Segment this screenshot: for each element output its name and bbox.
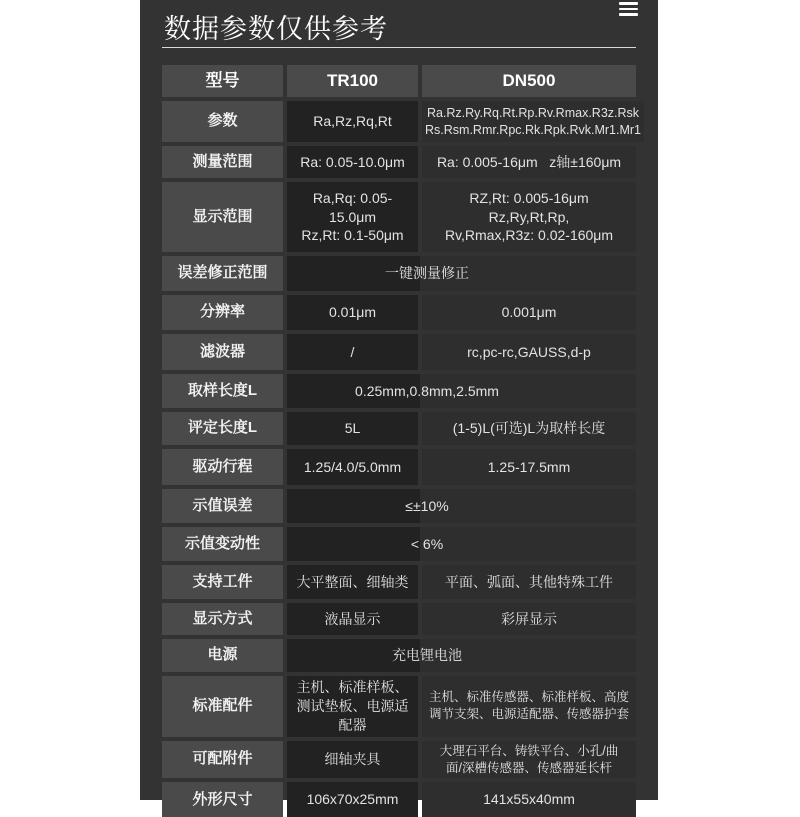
dn500-cell: rc,pc-rc,GAUSS,d-p: [422, 334, 636, 370]
tr100-cell: 0.01μm: [287, 295, 418, 330]
row-label-cell: 驱动行程: [162, 449, 283, 485]
dn500-cell: 平面、弧面、其他特殊工件: [422, 565, 636, 599]
dn500-cell: 1.25-17.5mm: [422, 449, 636, 485]
row-label-cell: 分辨率: [162, 295, 283, 330]
table-row: 误差修正范围 一键测量修正: [162, 256, 636, 291]
span-cell: < 6%: [287, 527, 636, 561]
title-bar: 数据参数仅供参考: [162, 0, 636, 48]
row-label-cell: 支持工件: [162, 565, 283, 599]
dn500-cell: 0.001μm: [422, 295, 636, 330]
row-label-cell: 评定长度L: [162, 412, 283, 445]
model-label-cell: 型号: [162, 65, 283, 97]
tr100-cell: 5L: [287, 412, 418, 445]
table-row: 测量范围 Ra: 0.05-10.0μm Ra: 0.005-16μm z轴±1…: [162, 146, 636, 178]
dn500-cell: 141x55x40mm: [422, 782, 636, 800]
row-label-cell: 外形尺寸: [162, 782, 283, 800]
tr100-cell: Ra: 0.05-10.0μm: [287, 146, 418, 178]
tr100-cell: Ra,Rz,Rq,Rt: [287, 101, 418, 142]
tr100-cell: 106x70x25mm: [287, 782, 418, 800]
model-tr100-cell: TR100: [287, 65, 418, 97]
span-cell: 充电锂电池: [287, 639, 636, 672]
row-label-cell: 滤波器: [162, 334, 283, 370]
dn500-cell: (1-5)L(可选)L为取样长度: [422, 412, 636, 445]
row-label-cell: 显示方式: [162, 603, 283, 635]
menu-bar: [619, 13, 638, 16]
table-row: 滤波器 / rc,pc-rc,GAUSS,d-p: [162, 334, 636, 370]
page-title: 数据参数仅供参考: [164, 7, 388, 46]
table-row: 支持工件 大平整面、细轴类 平面、弧面、其他特殊工件: [162, 565, 636, 599]
tr100-cell: 液晶显示: [287, 603, 418, 635]
tr100-cell: 1.25/4.0/5.0mm: [287, 449, 418, 485]
table-row: 参数 Ra,Rz,Rq,Rt Ra.Rz.Ry.Rq.Rt.Rp.Rv.Rmax…: [162, 101, 636, 142]
spec-table: 型号 TR100 DN500 参数 Ra,Rz,Rq,Rt Ra.Rz.Ry.R…: [162, 65, 636, 800]
row-label-cell: 标准配件: [162, 676, 283, 737]
table-header-row: 型号 TR100 DN500: [162, 65, 636, 97]
row-label-cell: 误差修正范围: [162, 256, 283, 291]
row-label-cell: 示值误差: [162, 489, 283, 523]
table-row: 取样长度L 0.25mm,0.8mm,2.5mm: [162, 374, 636, 408]
model-dn500-cell: DN500: [422, 65, 636, 97]
table-row: 驱动行程 1.25/4.0/5.0mm 1.25-17.5mm: [162, 449, 636, 485]
table-row: 示值变动性 < 6%: [162, 527, 636, 561]
table-row: 可配附件 细轴夹具 大理石平台、铸铁平台、小孔/曲 面/深槽传感器、传感器延长杆: [162, 741, 636, 779]
table-row: 电源 充电锂电池: [162, 639, 636, 672]
tr100-cell: 主机、标准样板、 测试垫板、电源适配器: [287, 676, 418, 737]
table-row: 外形尺寸 106x70x25mm 141x55x40mm: [162, 782, 636, 800]
tr100-cell: 大平整面、细轴类: [287, 565, 418, 599]
dn500-cell: 主机、标准传感器、标准样板、高度 调节支架、电源适配器、传感器护套: [422, 676, 636, 737]
table-row: 分辨率 0.01μm 0.001μm: [162, 295, 636, 330]
table-row: 标准配件 主机、标准样板、 测试垫板、电源适配器 主机、标准传感器、标准样板、高…: [162, 676, 636, 737]
menu-bar: [619, 2, 638, 5]
span-cell: 0.25mm,0.8mm,2.5mm: [287, 374, 636, 408]
dn500-cell: 彩屏显示: [422, 603, 636, 635]
table-row: 显示范围 Ra,Rq: 0.05-15.0μm Rz,Rt: 0.1-50μm …: [162, 182, 636, 252]
row-label-cell: 参数: [162, 101, 283, 142]
table-row: 显示方式 液晶显示 彩屏显示: [162, 603, 636, 635]
row-label-cell: 测量范围: [162, 146, 283, 178]
span-cell: ≤±10%: [287, 489, 636, 523]
row-label-cell: 可配附件: [162, 741, 283, 779]
menu-bar: [619, 8, 638, 11]
dn500-cell: Ra.Rz.Ry.Rq.Rt.Rp.Rv.Rmax.R3z.Rsk Rs.Rsm…: [422, 101, 644, 142]
span-cell: 一键测量修正: [287, 256, 636, 291]
tr100-cell: /: [287, 334, 418, 370]
tr100-cell: 细轴夹具: [287, 741, 418, 779]
row-label-cell: 示值变动性: [162, 527, 283, 561]
spec-panel: 数据参数仅供参考 型号 TR100 DN500 参数 Ra,Rz,Rq,Rt R…: [140, 0, 658, 800]
hamburger-menu-icon[interactable]: [619, 2, 638, 16]
row-label-cell: 取样长度L: [162, 374, 283, 408]
dn500-cell: 大理石平台、铸铁平台、小孔/曲 面/深槽传感器、传感器延长杆: [422, 741, 636, 779]
table-row: 示值误差 ≤±10%: [162, 489, 636, 523]
tr100-cell: Ra,Rq: 0.05-15.0μm Rz,Rt: 0.1-50μm: [287, 182, 418, 252]
row-label-cell: 电源: [162, 639, 283, 672]
dn500-cell: RZ,Rt: 0.005-16μm Rz,Ry,Rt,Rp, Rv,Rmax,R…: [422, 182, 636, 252]
table-row: 评定长度L 5L (1-5)L(可选)L为取样长度: [162, 412, 636, 445]
row-label-cell: 显示范围: [162, 182, 283, 252]
dn500-cell: Ra: 0.005-16μm z轴±160μm: [422, 146, 636, 178]
